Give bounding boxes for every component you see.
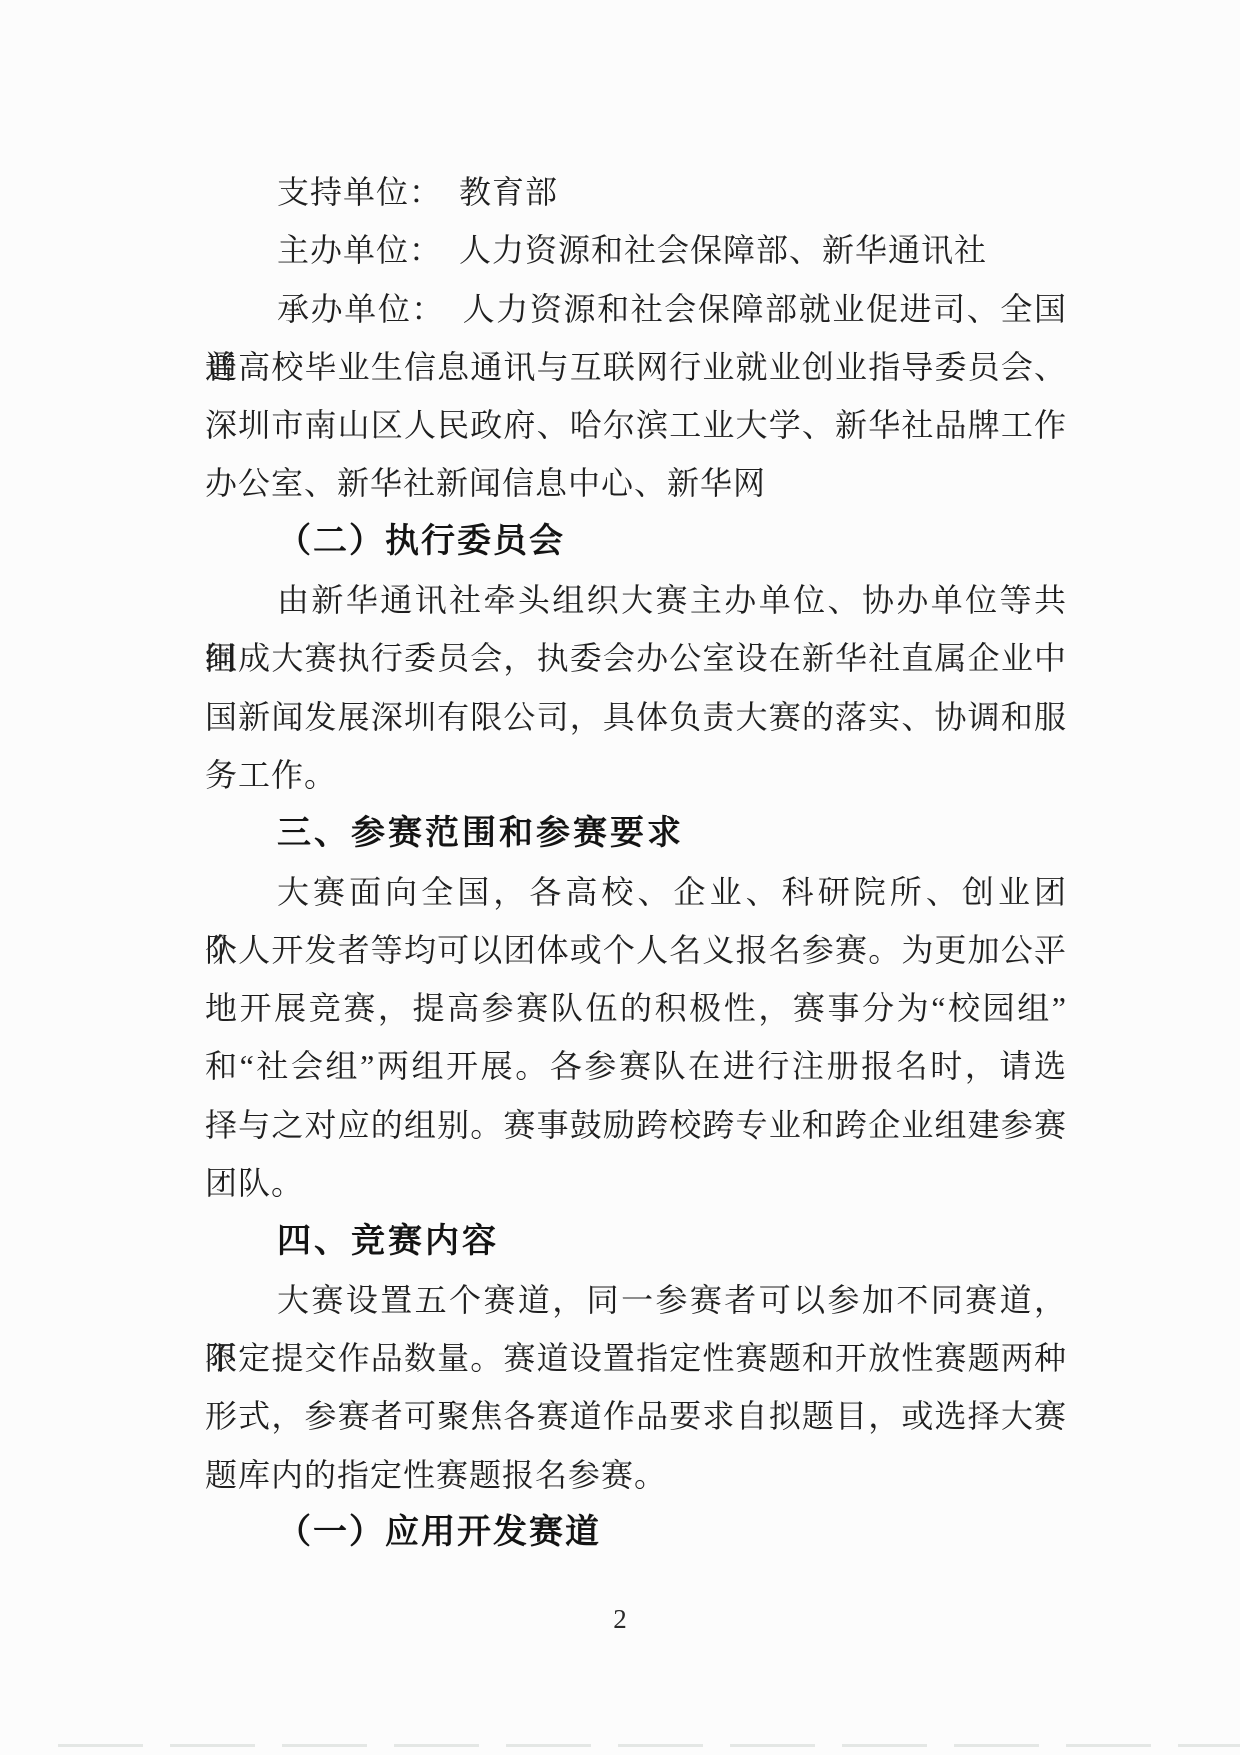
heading-scope-requirements: 三、参赛范围和参赛要求	[205, 804, 1067, 862]
document-body: 支持单位： 教育部 主办单位： 人力资源和社会保障部、新华通讯社 承办单位： 人…	[205, 163, 1067, 1562]
line-organizer-unit-1: 承办单位： 人力资源和社会保障部就业促进司、全国普	[205, 280, 1067, 338]
line-support-unit: 支持单位： 教育部	[205, 163, 1067, 221]
line-host-unit: 主办单位： 人力资源和社会保障部、新华通讯社	[205, 221, 1067, 279]
paragraph-scope-line-6: 团队。	[205, 1154, 1067, 1212]
paragraph-scope-line-2: 个人开发者等均可以团体或个人名义报名参赛。为更加公平	[205, 921, 1067, 979]
paragraph-scope-line-3: 地开展竞赛，提高参赛队伍的积极性，赛事分为“校园组”	[205, 979, 1067, 1037]
paragraph-content-line-3: 形式，参赛者可聚焦各赛道作品要求自拟题目，或选择大赛	[205, 1387, 1067, 1445]
line-organizer-unit-3: 深圳市南山区人民政府、哈尔滨工业大学、新华社品牌工作	[205, 396, 1067, 454]
heading-app-dev-track: （一）应用开发赛道	[205, 1504, 1067, 1562]
document-page: 支持单位： 教育部 主办单位： 人力资源和社会保障部、新华通讯社 承办单位： 人…	[0, 0, 1240, 1755]
paragraph-content-line-1: 大赛设置五个赛道，同一参赛者可以参加不同赛道，不	[205, 1271, 1067, 1329]
heading-executive-committee: （二）执行委员会	[205, 513, 1067, 571]
paragraph-committee-line-3: 国新闻发展深圳有限公司，具体负责大赛的落实、协调和服	[205, 688, 1067, 746]
scan-edge-artifact	[58, 1744, 1240, 1747]
paragraph-committee-line-2: 组成大赛执行委员会，执委会办公室设在新华社直属企业中	[205, 629, 1067, 687]
paragraph-scope-line-4: 和“社会组”两组开展。各参赛队在进行注册报名时，请选	[205, 1037, 1067, 1095]
heading-competition-content: 四、竞赛内容	[205, 1212, 1067, 1270]
paragraph-scope-line-5: 择与之对应的组别。赛事鼓励跨校跨专业和跨企业组建参赛	[205, 1096, 1067, 1154]
paragraph-committee-line-1: 由新华通讯社牵头组织大赛主办单位、协办单位等共同	[205, 571, 1067, 629]
paragraph-committee-line-4: 务工作。	[205, 746, 1067, 804]
paragraph-content-line-4: 题库内的指定性赛题报名参赛。	[205, 1446, 1067, 1504]
page-number: 2	[0, 1601, 1240, 1637]
line-organizer-unit-2: 通高校毕业生信息通讯与互联网行业就业创业指导委员会、	[205, 338, 1067, 396]
paragraph-scope-line-1: 大赛面向全国，各高校、企业、科研院所、创业团队、	[205, 863, 1067, 921]
paragraph-content-line-2: 限定提交作品数量。赛道设置指定性赛题和开放性赛题两种	[205, 1329, 1067, 1387]
line-organizer-unit-4: 办公室、新华社新闻信息中心、新华网	[205, 454, 1067, 512]
